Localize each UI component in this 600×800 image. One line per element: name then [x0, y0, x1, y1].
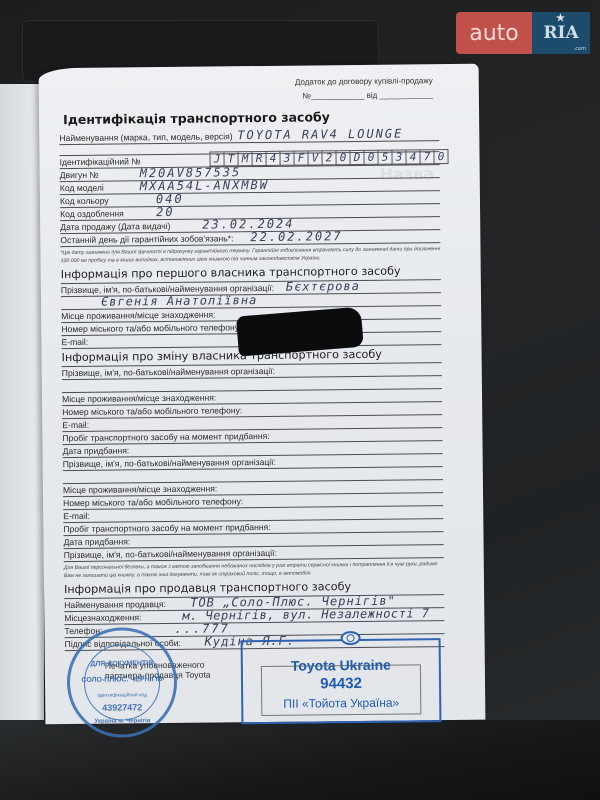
change2-email-label: E-mail:: [63, 511, 90, 521]
star-icon: ★: [556, 13, 565, 24]
change1-phone-label: Номер міського та/або мобільного телефон…: [62, 405, 242, 417]
seller-address-value: м. Чернігів, вул. Незалежності 7: [182, 606, 429, 623]
trim-code-label: Код оздоблення: [60, 208, 124, 219]
form-rows: Найменування (марка, тип, модель, версія…: [59, 122, 445, 681]
vin-char-box: T: [223, 151, 237, 166]
change1-mileage-label: Пробіг транспортного засобу на момент пр…: [62, 431, 269, 443]
first-owner-email-label: E-mail:: [61, 337, 88, 347]
logo-com-text: .com: [574, 46, 586, 52]
left-page-edge: [0, 84, 44, 720]
color-code-label: Код кольору: [60, 196, 109, 207]
change1-address-label: Місце проживання/місце знаходження:: [62, 392, 216, 404]
round-stamp-docs-text: ДЛЯ ДОКУМЕНТІВ: [70, 660, 174, 668]
change2-phone-label: Номер міського та/або мобільного телефон…: [63, 496, 243, 508]
contract-annex-line2: №____________ від ____________: [295, 88, 433, 103]
first-owner-address-label: Місце проживання/місце знаходження:: [61, 309, 215, 321]
contract-annex-line1: Додаток до договору купівлі-продажу: [295, 74, 433, 89]
vehicle-name-label: Найменування (марка, тип, модель, версія…: [59, 131, 232, 143]
change3-name-label: Прізвище, ім'я, по-батькові/найменування…: [64, 548, 277, 560]
seller-name-label: Найменування продавця:: [64, 599, 166, 610]
logo-ria-text: RIA: [543, 23, 578, 43]
first-owner-surname-value: Бєхтєрова: [286, 279, 360, 294]
vin-char-box: 3: [391, 149, 405, 164]
logo-ria-block: ★ RIA .com: [532, 12, 590, 54]
vehicle-name-value: TOYOTA RAV4 LOUNGE: [237, 127, 403, 143]
vin-char-box: J: [209, 151, 223, 166]
vin-char-box: D: [349, 150, 363, 165]
toyota-logo-icon: [340, 631, 360, 645]
background-surface: [0, 720, 600, 800]
change2-name-label: Прізвище, ім'я, по-батькові/найменування…: [63, 457, 276, 469]
vin-char-box: 7: [419, 149, 433, 164]
trim-code-value: 20: [156, 205, 175, 219]
vin-char-box: 3: [279, 151, 293, 166]
vin-char-box: M: [237, 151, 251, 166]
vin-char-box: 0: [433, 149, 448, 164]
round-stamp-company-text: СОЛО-ПЛЮС. ЧЕРНІГІВ: [70, 676, 174, 684]
toyota-dealer-stamp: Toyota Ukraine 94432 ПІІ «Тойота Україна…: [241, 638, 442, 724]
company-round-stamp: ДЛЯ ДОКУМЕНТІВ СОЛО-ПЛЮС. ЧЕРНІГІВ Ідент…: [66, 627, 177, 738]
toyota-stamp-line1: Toyota Ukraine: [243, 656, 439, 674]
vin-boxes: JTMR43FV20D053470: [209, 149, 448, 167]
first-owner-given-name-value: Євгенія Анатоліївна: [101, 293, 257, 309]
autoria-logo: auto ★ RIA .com: [456, 12, 590, 54]
engine-label: Двигун №: [60, 170, 99, 180]
sale-date-label: Дата продажу (Дата видачі): [60, 221, 170, 232]
vin-char-box: 4: [265, 151, 279, 166]
change1-email-label: E-mail:: [62, 420, 89, 430]
seller-address-label: Місцезнаходження:: [64, 612, 141, 623]
toyota-stamp-dealer-code: 94432: [243, 674, 439, 693]
warranty-end-label: Останній день дії гарантійних зобов'язан…: [60, 233, 233, 245]
change1-date-label: Дата придбання:: [63, 445, 130, 456]
round-stamp-code: 43927472: [70, 702, 174, 713]
vin-label: Ідентифікаційний №: [60, 156, 141, 167]
round-stamp-city: Україна м. Чернігів: [70, 718, 174, 725]
model-code-label: Код моделі: [60, 183, 104, 193]
logo-auto-text: auto: [456, 12, 532, 54]
vin-char-box: 4: [405, 149, 419, 164]
first-owner-phone-label: Номер міського та/або мобільного телефон…: [61, 322, 241, 334]
vin-char-box: F: [293, 151, 307, 166]
change2-mileage-label: Пробіг транспортного засобу на момент пр…: [63, 522, 270, 534]
vin-char-box: R: [251, 151, 265, 166]
vin-char-box: 2: [321, 150, 335, 165]
vin-char-box: V: [307, 150, 321, 165]
round-stamp-code-label: Ідентифікаційний код: [70, 692, 174, 699]
vin-char-box: 0: [335, 150, 349, 165]
contract-annex-note: Додаток до договору купівлі-продажу №___…: [295, 74, 433, 103]
change2-address-label: Місце проживання/місце знаходження:: [63, 483, 217, 495]
service-book-page: Назва Додаток до договору купівлі-продаж…: [39, 64, 486, 725]
warranty-end-value: 22.02.2027: [250, 229, 342, 244]
model-code-value: MXAA54L-ANXMBW: [140, 178, 269, 193]
toyota-stamp-company: ПІІ «Тойота Україна»: [243, 695, 439, 711]
change1-name-label: Прізвище, ім'я, по-батькові/найменування…: [62, 366, 275, 378]
vin-char-box: 0: [363, 150, 377, 165]
vin-char-box: 5: [377, 150, 391, 165]
change2-date-label: Дата придбання:: [63, 536, 130, 547]
